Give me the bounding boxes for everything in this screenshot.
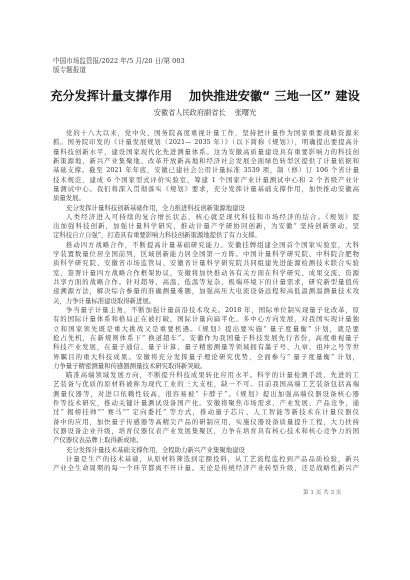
body-text-line: 技术规范，建成 6 个国家型式评价实验室，筹建 1 个国家产业计量测试中心和 2…	[53, 176, 359, 185]
body-text-line: 测量仪器等，对进口依赖性较高，很容易被“ 卡脖子”。《规划》提出加强高端仪器设备…	[53, 390, 359, 399]
body-text-line: 产仪器仪表品牌上取得新成绩。	[53, 436, 359, 445]
body-text-line: 艺装备与优质的原材料被称为现代工业的三大支柱，缺一不可。目前我国高端工艺装备包括…	[53, 380, 359, 389]
body-text-line: 备中的应用，加快量子传感器等高精尖产品的研制应用，实施仪器设备质量提升工程，大力…	[53, 418, 359, 427]
source-info: 中国市场监管报/2022 年/5 月/20 日/第 003 版专题报道	[53, 57, 185, 75]
body-text-line: 力争量子精密测量和传感器测量技术研究取得新突破。	[53, 362, 359, 371]
body-text-line: 关，力争计量标准建设取得新进展。	[53, 297, 359, 306]
document-page: 中国市场监管报/2022 年/5 月/20 日/第 003 版专题报道 充分发挥…	[0, 0, 410, 580]
body-text-line: 抓。国务院印发的《计量发展规划（2021— 2035 年）》（以下简称《规划》）…	[53, 138, 359, 147]
body-text-line: 质科学研究院、安徽省市场监管局、安徽省计量科学研究院共同组建先进能源检测技术联合…	[53, 259, 359, 268]
body-text-line: 计量是生产的技术基础，从原材料筛选到定额投料，从工艺流程监控到产品品质检验，新兴	[53, 455, 359, 464]
body-text-line: 瞄准高端领域发展方向，不断提升科技成果转化应用水平。科学的计量检测手段、先进的工	[53, 371, 359, 380]
body-text-line: 递溯源方法，解决综合参量的准确测量难题，加强高压大电流设备远程和高低温测温测量技…	[53, 287, 359, 296]
body-text-line: 室，签署计量四方战略合作框架协议，安徽将加快推动各有关方面在科学研究、成果交流、…	[53, 269, 359, 278]
source-line-2: 版专题报道	[53, 66, 185, 75]
body-text-line: 基础支撑。截至 2021 年年底，安徽已建社会公用计量标准 3539 项，制（修…	[53, 166, 359, 175]
body-text-line: 推动四方战略合作，不断提高计量基础研究能力。安徽挂牌组建全国首个国家实验室，大科	[53, 241, 359, 250]
section-heading: 充分发挥计量技术基础支撑作用，全程助力新兴产业集聚地建设	[53, 446, 359, 455]
body-text-line: 产业全生命周期的每一个环节都离不开计量。无论是传统经济产业转型升级，还是战略性新…	[53, 464, 359, 473]
body-text-line: 量科技创新水平，建设国家现代化先进测量体系。这为安徽高质量建设具有重要影响力的科…	[53, 148, 359, 157]
body-text-line: 件等技术研究，推动关键计量测试设备国产化。安徽将聚焦市场需求、产业发展、产品竞争…	[53, 399, 359, 408]
body-text-line: 出加强科技创新，加强计量科学研究，推动计量产学研协同创新，为安徽“ 坚持创新驱动…	[53, 222, 359, 231]
page-number: 第 1 页 共 3 页	[303, 488, 341, 496]
body-text-line: 有的国际计量体系和格局正在被打破，国际计量向扁平化、多中心方向发展，对我国实现计…	[53, 315, 359, 324]
section-heading: 充分发挥计量科技创新基础作用，全力推进科技创新策源地建设	[53, 204, 359, 213]
body-text-line: 量测试中心。我们将深入贯彻落实《规划》要求，充分发挥计量基础支撑作用，加快推动安…	[53, 185, 359, 194]
body-text-line: 定科技自立自强”，打造具有重要影响力科技创新策源地提供了有力支撑。	[53, 231, 359, 240]
body-text-line: 抢占先机，在新规则体系下“ 换道超车”。安徽作为我国量子科技发展先行省份，高度重…	[53, 334, 359, 343]
body-text-line: 学装置数量位居全国前列，区域创新能力居全国第一方阵。中国计量科学研究院、中科院合…	[53, 250, 359, 259]
body-text-line: 质量发展。	[53, 194, 359, 203]
body-text-line: 科技产业发展，在量子通信、量子计算、量子精密测量等领域拥有墨子号、九章、祖冲之号…	[53, 343, 359, 352]
body-text-line: 过“ 揭榜挂帅”“ 赛马”“ 定向委托” 等方式，推动量子芯片、人工智能等新技术…	[53, 408, 359, 417]
article-body: 党的十八大以来，党中央、国务院高度重视计量工作，坚持把计量作为国家重要战略资源来…	[53, 129, 359, 474]
body-text-line: 人类经济进入可持续的复合增长状态，核心就是现代科技和市场经济的结合。《规划》提	[53, 213, 359, 222]
body-text-line: 立和国家领先既是重大挑战又是重要机遇。《规划》提出要实施“ 量子度量衡” 计划，…	[53, 325, 359, 334]
source-line-1: 中国市场监管报/2022 年/5 月/20 日/第 003	[53, 57, 185, 66]
article-author: 安徽省人民政府副省长 张曙光	[0, 108, 410, 118]
article-title: 充分发挥计量支撑作用 加快推进安徽“ 三地一区” 建设	[0, 87, 410, 104]
body-text-line: 新策源地、新兴产业集聚地、改革开放新高地和经济社会发展全面绿色转型区提供了计量依…	[53, 157, 359, 166]
body-text-line: 党的十八大以来，党中央、国务院高度重视计量工作，坚持把计量作为国家重要战略资源来	[53, 129, 359, 138]
body-text-line: 仪器设备企业升级，培育仪器仪表产业发展集聚区，力争在培育具有核心技术和核心竞争力…	[53, 427, 359, 436]
body-text-line: 共享方面的战略合作。针对超导、高温、低温等复杂、极端环境下的计量需求，研究新型量…	[53, 278, 359, 287]
body-text-line: 争当量子计量主角，不断加强计量前沿技术攻关。2018 年，国际单位制实现量子化改…	[53, 306, 359, 315]
body-text-line: 界瞩目的重大科技成果。安徽将充分发挥量子理论研究优势，全面参与“ 量子度量衡” …	[53, 353, 359, 362]
